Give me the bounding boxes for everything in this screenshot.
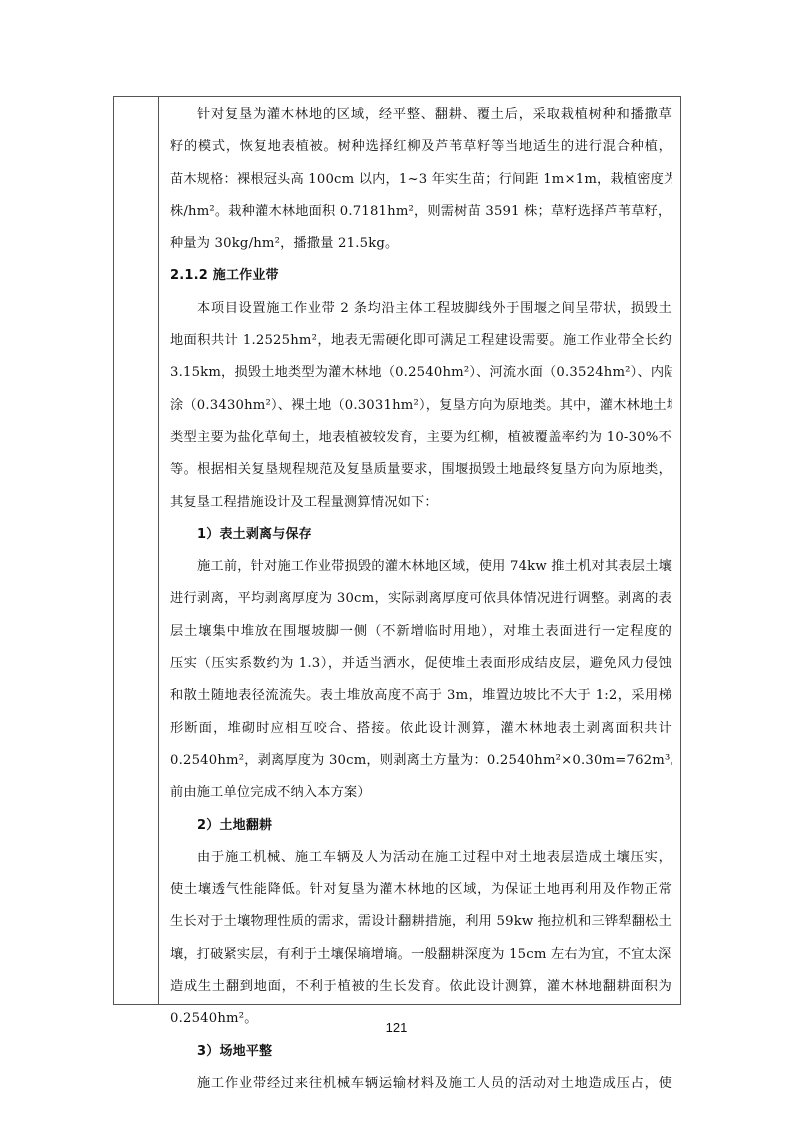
subsection-heading: 3）场地平整	[170, 1036, 672, 1068]
paragraph-line: 其复垦工程措施设计及工程量测算情况如下：	[170, 487, 672, 519]
paragraph-line: 类型主要为盐化草甸土，地表植被较发育，主要为红柳，植被覆盖率约为 10-30%不	[170, 422, 672, 454]
paragraph-line: 施工前，针对施工作业带损毁的灌木林地区域，使用 74kw 推土机对其表层土壤	[170, 551, 672, 583]
paragraph-line: 0.2540hm²，剥离厚度为 30cm，则剥离土方量为：0.2540hm²×0…	[170, 745, 672, 777]
paragraph-line: 由于施工机械、施工车辆及人为活动在施工过程中对土地表层造成土壤压实，	[170, 842, 672, 874]
paragraph-line: 苗木规格：裸根冠头高 100cm 以内，1~3 年实生苗；行间距 1m×1m，栽…	[170, 164, 672, 196]
content-table: 针对复垦为灌木林地的区域，经平整、翻耕、覆土后，采取栽植树种和播撒草籽的模式，恢…	[113, 96, 681, 1005]
paragraph-line: 使土壤透气性能降低。针对复垦为灌木林地的区域，为保证土地再利用及作物正常	[170, 874, 672, 906]
table-left-column	[114, 97, 159, 1004]
paragraph-line: 本项目设置施工作业带 2 条均沿主体工程坡脚线外于围堰之间呈带状，损毁土	[170, 293, 672, 325]
page-number: 121	[0, 1020, 793, 1035]
paragraph-line: 地面积共计 1.2525hm²，地表无需硬化即可满足工程建设需要。施工作业带全长…	[170, 325, 672, 357]
subsection-heading: 1）表土剥离与保存	[170, 519, 672, 551]
paragraph-line: 形断面，堆砌时应相互咬合、搭接。依此设计测算，灌木林地表土剥离面积共计	[170, 713, 672, 745]
paragraph-line: 涂（0.3430hm²）、裸土地（0.3031hm²），复垦方向为原地类。其中，…	[170, 390, 672, 422]
table-content-cell: 针对复垦为灌木林地的区域，经平整、翻耕、覆土后，采取栽植树种和播撒草籽的模式，恢…	[160, 97, 680, 1004]
paragraph-line: 进行剥离，平均剥离厚度为 30cm，实际剥离厚度可依具体情况进行调整。剥离的表	[170, 583, 672, 615]
paragraph-line: 施工作业带经过来往机械车辆运输材料及施工人员的活动对土地造成压占，使	[170, 1068, 672, 1100]
paragraph-line: 前由施工单位完成不纳入本方案）	[170, 777, 672, 809]
paragraph-line: 等。根据相关复垦规程规范及复垦质量要求，围堰损毁土地最终复垦方向为原地类，	[170, 454, 672, 486]
paragraph-line: 压实（压实系数约为 1.3），并适当洒水，促使堆土表面形成结皮层，避免风力侵蚀	[170, 648, 672, 680]
paragraph-line: 针对复垦为灌木林地的区域，经平整、翻耕、覆土后，采取栽植树种和播撒草	[170, 99, 672, 131]
paragraph-line: 层土壤集中堆放在围堰坡脚一侧（不新增临时用地），对堆土表面进行一定程度的	[170, 616, 672, 648]
paragraph-line: 籽的模式，恢复地表植被。树种选择红柳及芦苇草籽等当地适生的进行混合种植，	[170, 131, 672, 163]
paragraph-line: 3.15km，损毁土地类型为灌木林地（0.2540hm²）、河流水面（0.352…	[170, 357, 672, 389]
section-heading: 2.1.2 施工作业带	[170, 260, 672, 292]
paragraph-line: 株/hm²。栽种灌木林地面积 0.7181hm²，则需树苗 3591 株；草籽选…	[170, 196, 672, 228]
paragraph-line: 生长对于土壤物理性质的需求，需设计翻耕措施，利用 59kw 拖拉机和三铧犁翻松土	[170, 906, 672, 938]
paragraph-line: 和散土随地表径流流失。表土堆放高度不高于 3m，堆置边坡比不大于 1:2，采用梯	[170, 680, 672, 712]
paragraph-line: 壤，打破紧实层，有利于土壤保墒增墒。一般翻耕深度为 15cm 左右为宜，不宜太深…	[170, 939, 672, 971]
subsection-heading: 2）土地翻耕	[170, 810, 672, 842]
paragraph-line: 造成生土翻到地面，不利于植被的生长发育。依此设计测算，灌木林地翻耕面积为	[170, 971, 672, 1003]
paragraph-line: 种量为 30kg/hm²，播撒量 21.5kg。	[170, 228, 672, 260]
